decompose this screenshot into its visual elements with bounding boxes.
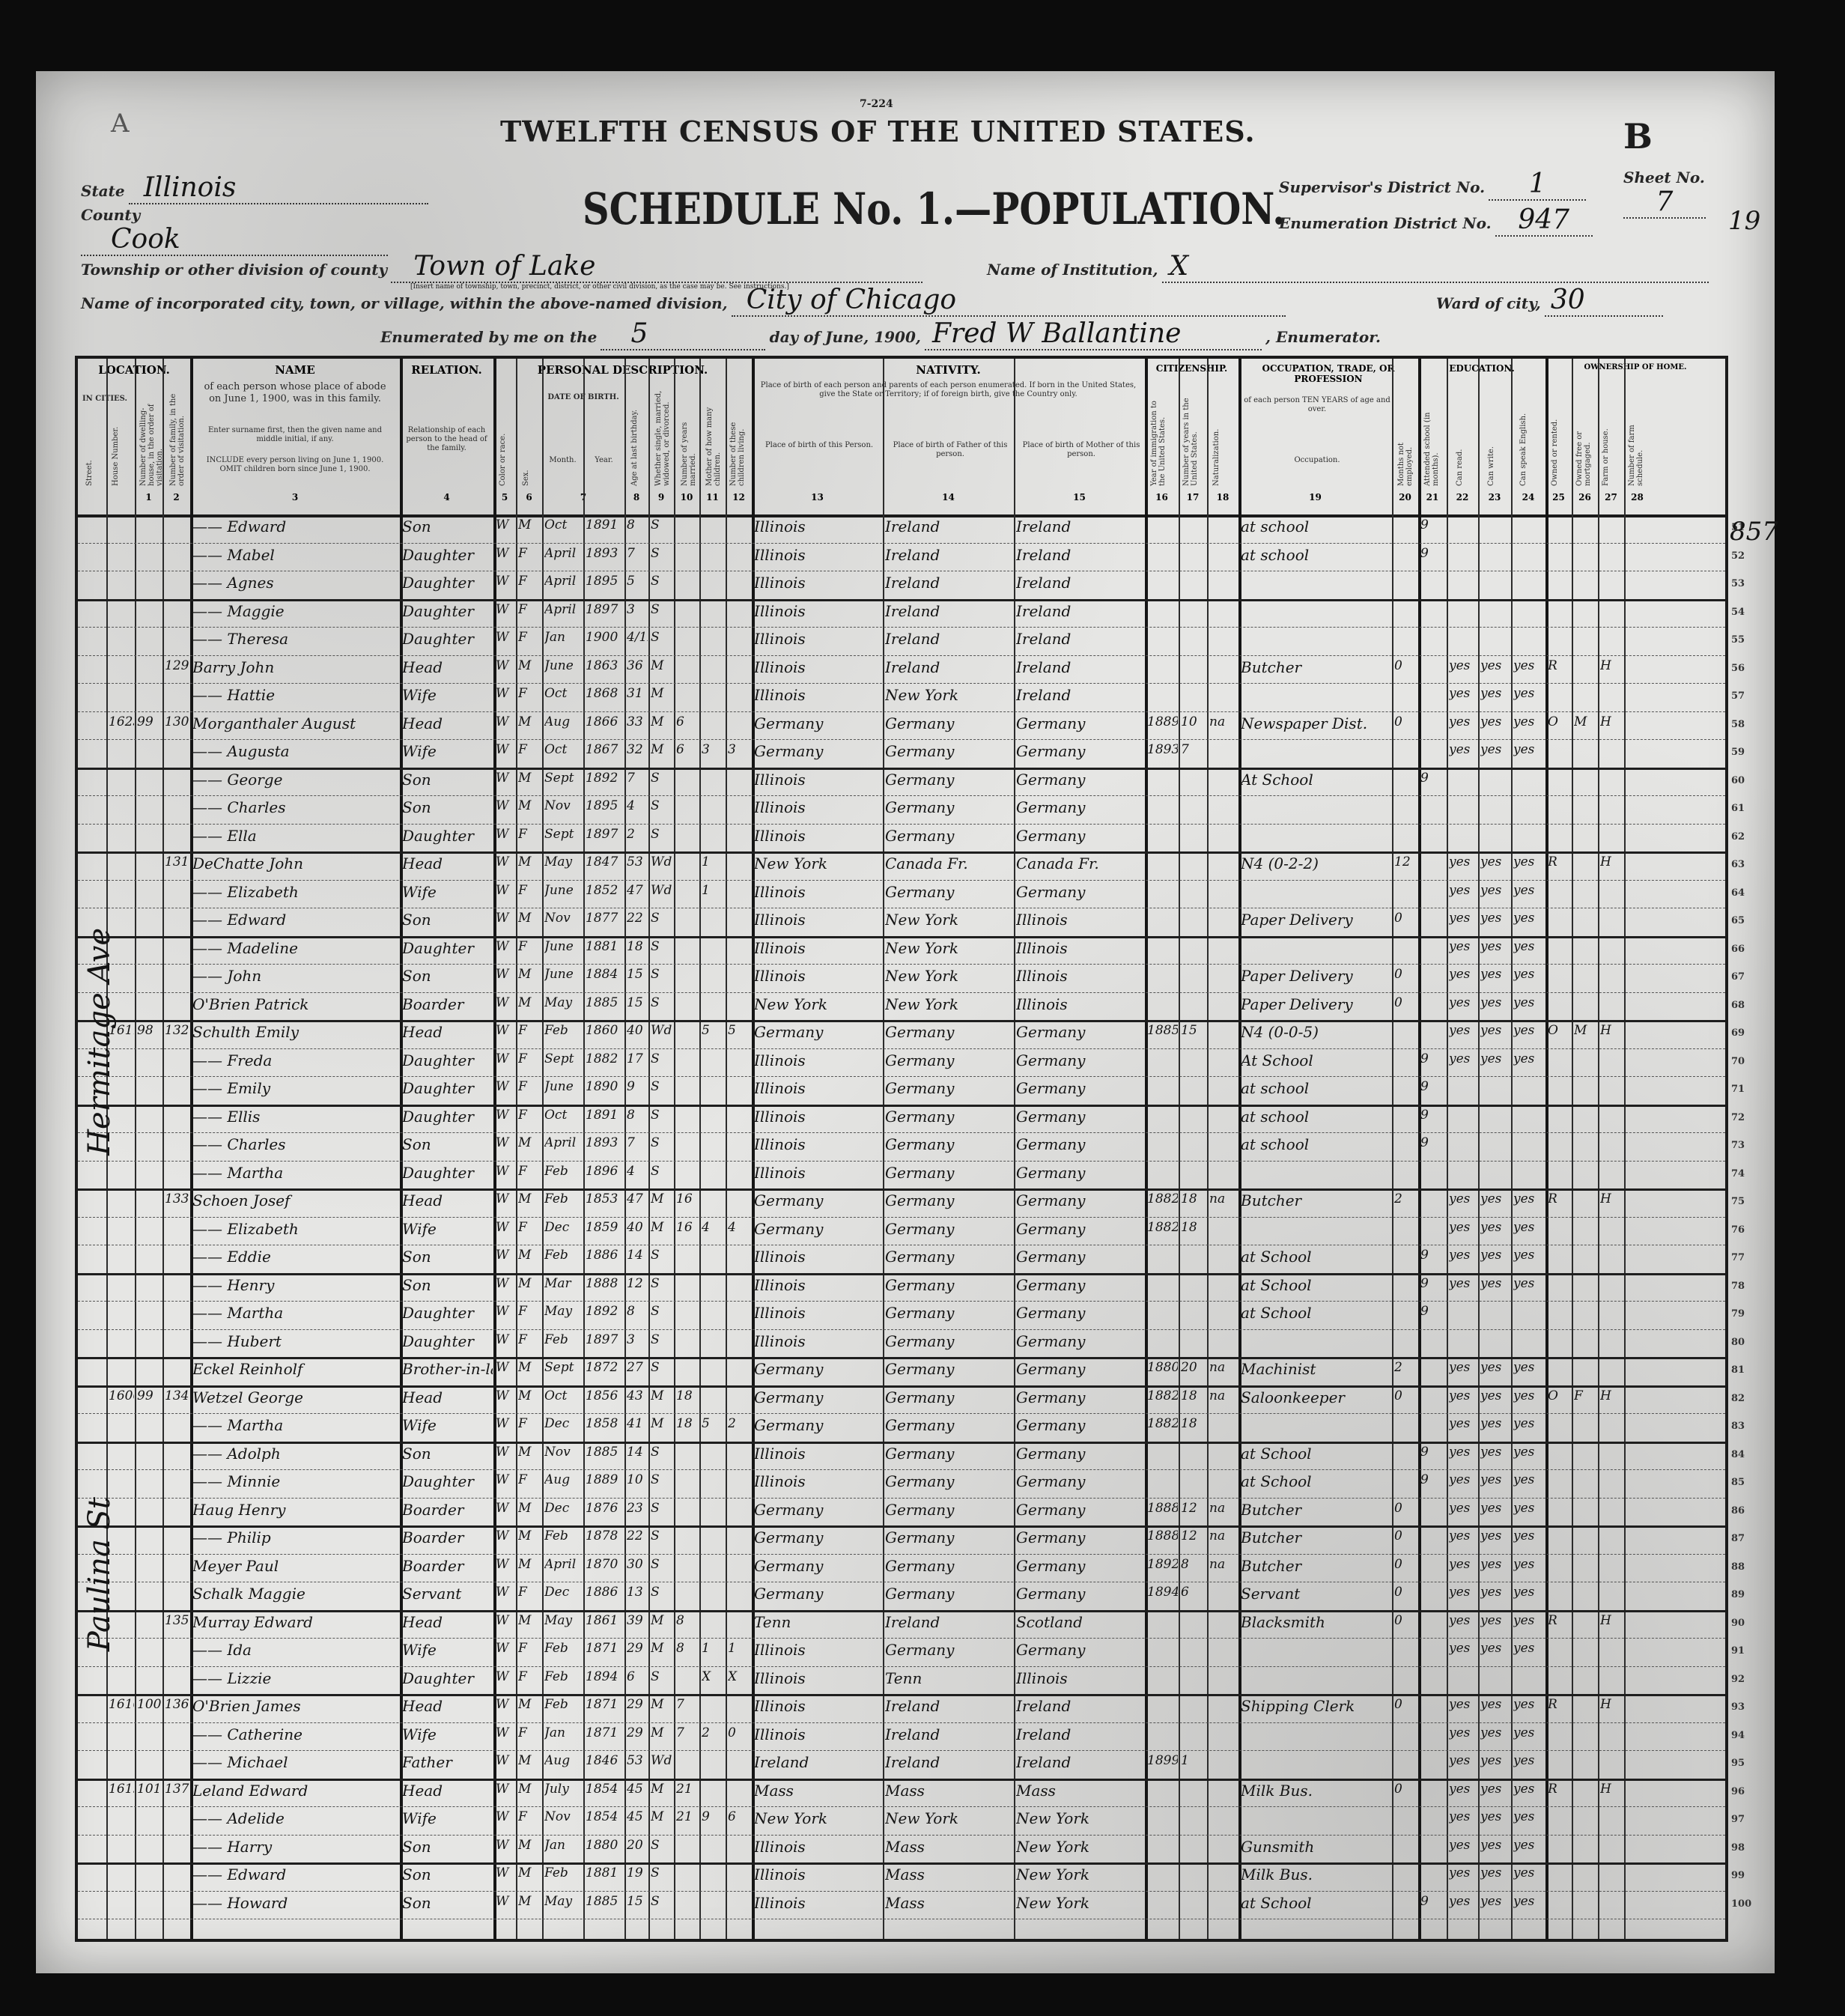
table-row: 1619101137Leland EdwardHeadWMJuly185445M… [78, 1779, 1725, 1808]
cell-write: yes [1480, 1894, 1510, 1909]
cell-month: Oct [544, 1108, 583, 1123]
table-row: —— EddieSonWMFeb188614SIllinoisGermanyGe… [78, 1245, 1725, 1275]
column-number: 2 [162, 492, 190, 503]
cell-sex: M [518, 1782, 541, 1797]
cell-year: 1886 [586, 1585, 624, 1600]
cell-month: May [544, 1894, 583, 1909]
cell-month: Feb [544, 1164, 583, 1179]
cell-color: W [496, 854, 515, 869]
column-number: 8 [624, 492, 648, 503]
cell-pobf: Germany [885, 1641, 1013, 1659]
header-house-number: House Number. [112, 422, 120, 486]
cell-unemp: 12 [1394, 854, 1417, 869]
cell-fam: 134 [165, 1388, 189, 1403]
cell-pobm: Germany [1016, 1557, 1144, 1575]
cell-ms: S [651, 798, 673, 813]
cell-ms: S [651, 939, 673, 954]
column-number: 18 [1207, 492, 1238, 503]
cell-age: 45 [627, 1782, 648, 1797]
cell-eng: yes [1513, 1894, 1545, 1909]
cell-rel: Wife [402, 686, 493, 704]
cell-pobm: Germany [1016, 1108, 1144, 1126]
cell-color: W [496, 1135, 515, 1150]
enumeration-label: Enumeration District No. [1279, 214, 1492, 232]
table-row: —— EllaDaughterWFSept18972SIllinoisGerma… [78, 824, 1725, 854]
cell-pobf: Germany [885, 742, 1013, 760]
cell-cl: 0 [728, 1725, 751, 1740]
cell-fam: 137 [165, 1782, 189, 1797]
line-number: 75 [1731, 1196, 1745, 1207]
cell-read: yes [1449, 1501, 1477, 1516]
cell-ym: 7 [676, 1697, 699, 1712]
cell-age: 3 [627, 1332, 648, 1347]
cell-month: June [544, 967, 583, 982]
cell-unemp: 0 [1394, 1613, 1417, 1628]
cell-sex: M [518, 517, 541, 532]
cell-rel: Boarder [402, 1528, 493, 1546]
cell-year: 1894 [586, 1669, 624, 1684]
cell-sex: M [518, 967, 541, 982]
cell-ms: Wd [651, 1753, 673, 1768]
cell-sex: M [518, 1501, 541, 1516]
cell-age: 23 [627, 1501, 648, 1516]
cell-imm: 1899 [1147, 1753, 1178, 1768]
cell-pobf: Germany [885, 1585, 1013, 1603]
line-number: 74 [1731, 1168, 1745, 1179]
table-row: Eckel ReinholfBrother-in-lawWMSept187227… [78, 1357, 1725, 1388]
cell-pob: Germany [754, 1388, 882, 1406]
cell-read: yes [1449, 1023, 1477, 1038]
cell-rel: Son [402, 517, 493, 535]
cell-name: —— Martha [192, 1304, 399, 1322]
cell-month: Jan [544, 1838, 583, 1853]
cell-eng: yes [1513, 1445, 1545, 1460]
cell-pob: Germany [754, 1557, 882, 1575]
cell-sex: F [518, 1164, 541, 1179]
cell-ms: M [651, 1697, 673, 1712]
line-number: 87 [1731, 1533, 1745, 1544]
cell-year: 1863 [586, 658, 624, 673]
cell-color: W [496, 1669, 515, 1684]
cell-write: yes [1480, 1248, 1510, 1263]
table-row: —— HenrySonWMMar188812SIllinoisGermanyGe… [78, 1273, 1725, 1302]
header-name-note2: INCLUDE every person living on June 1, 1… [198, 456, 392, 474]
table-row: —— GeorgeSonWMSept18927SIllinoisGermanyG… [78, 768, 1725, 797]
cell-eng: yes [1513, 854, 1545, 869]
line-number: 57 [1731, 690, 1745, 702]
cell-occ: Gunsmith [1241, 1838, 1391, 1856]
cell-read: yes [1449, 686, 1477, 701]
line-number: 99 [1731, 1870, 1745, 1881]
cell-write: yes [1480, 911, 1510, 926]
cell-unemp: 2 [1394, 1191, 1417, 1206]
cell-pobm: Germany [1016, 1135, 1144, 1153]
cell-read: yes [1449, 1753, 1477, 1768]
cell-eng: yes [1513, 1051, 1545, 1066]
cell-eng: yes [1513, 883, 1545, 898]
cell-rel: Daughter [402, 630, 493, 648]
cell-age: 22 [627, 1528, 648, 1543]
cell-nat: na [1209, 1360, 1238, 1375]
header-years-in-us: Number of years in the United States. [1182, 389, 1199, 486]
cell-rel: Daughter [402, 1304, 493, 1322]
cell-rel: Son [402, 1865, 493, 1883]
cell-write: yes [1480, 1501, 1510, 1516]
cell-sex: M [518, 771, 541, 786]
cell-sex: F [518, 1641, 541, 1656]
cell-sex: F [518, 1220, 541, 1235]
column-number: 24 [1511, 492, 1545, 503]
cell-name: —— Augusta [192, 742, 399, 760]
schedule-title: SCHEDULE No. 1.—POPULATION. [583, 183, 1285, 234]
cell-sex: M [518, 854, 541, 869]
cell-year: 1895 [586, 798, 624, 813]
cell-pobf: Tenn [885, 1669, 1013, 1687]
line-number: 98 [1731, 1842, 1745, 1853]
cell-pobm: New York [1016, 1894, 1144, 1912]
cell-color: W [496, 1585, 515, 1600]
cell-sex: M [518, 1528, 541, 1543]
cell-month: Dec [544, 1416, 583, 1431]
cell-sex: F [518, 602, 541, 617]
cell-age: 17 [627, 1051, 648, 1066]
cell-write: yes [1480, 939, 1510, 954]
cell-year: 1892 [586, 1304, 624, 1319]
cell-eng: yes [1513, 995, 1545, 1010]
cell-pobm: Germany [1016, 1528, 1144, 1546]
cell-ms: S [651, 1164, 673, 1179]
cell-pobm: Illinois [1016, 911, 1144, 929]
header-marital: Whether single, married, widowed, or div… [654, 389, 671, 486]
table-row: —— HattieWifeWFOct186831MIllinoisNew Yor… [78, 683, 1725, 712]
cell-month: Feb [544, 1191, 583, 1206]
cell-pob: Illinois [754, 1135, 882, 1153]
cell-read: yes [1449, 1809, 1477, 1824]
cell-occ: at School [1241, 1445, 1391, 1463]
cell-rel: Wife [402, 883, 493, 901]
cell-sex: M [518, 1838, 541, 1853]
cell-age: 10 [627, 1472, 648, 1487]
cell-read: yes [1449, 1220, 1477, 1235]
cell-sex: M [518, 1191, 541, 1206]
cell-pobm: Germany [1016, 742, 1144, 760]
cell-sex: M [518, 1753, 541, 1768]
column-number: 15 [1014, 492, 1145, 503]
cell-eng: yes [1513, 1838, 1545, 1853]
cell-ms: S [651, 1865, 673, 1880]
cell-month: June [544, 1079, 583, 1094]
cell-name: —— Freda [192, 1051, 399, 1069]
cell-ms: M [651, 1388, 673, 1403]
header-month: Month. [542, 456, 583, 465]
cell-fam: 130 [165, 714, 189, 729]
cell-rel: Wife [402, 742, 493, 760]
cell-rel: Daughter [402, 1079, 493, 1097]
cell-name: —— Howard [192, 1894, 399, 1912]
cell-age: 47 [627, 1191, 648, 1206]
cell-dw: 101 [137, 1782, 162, 1797]
cell-month: May [544, 854, 583, 869]
cell-nat: na [1209, 1501, 1238, 1516]
header-relation: RELATION. [400, 363, 493, 377]
line-number: 86 [1731, 1505, 1745, 1516]
cell-unemp: 0 [1394, 1501, 1417, 1516]
header-years-married: Number of years married. [681, 389, 697, 486]
cell-read: yes [1449, 854, 1477, 869]
cell-pobm: Ireland [1016, 658, 1144, 676]
cell-eng: yes [1513, 686, 1545, 701]
cell-pob: Illinois [754, 939, 882, 957]
ward-field: Ward of city, 30 [1436, 285, 1663, 317]
cell-write: yes [1480, 1838, 1510, 1853]
column-number: 13 [752, 492, 883, 503]
table-row: —— LizzieDaughterWFFeb18946SXXIllinoisTe… [78, 1666, 1725, 1697]
table-row: —— CharlesSonWMApril18937SIllinoisGerman… [78, 1132, 1725, 1162]
cell-write: yes [1480, 1697, 1510, 1712]
cell-pob: Illinois [754, 1894, 882, 1912]
cell-color: W [496, 1079, 515, 1094]
cell-read: yes [1449, 1782, 1477, 1797]
cell-color: W [496, 1472, 515, 1487]
cell-sch: 9 [1420, 1894, 1446, 1909]
header-mother-of: Mother of how many children. [705, 389, 722, 486]
cell-own: O [1548, 1023, 1571, 1038]
cell-name: —— John [192, 967, 399, 985]
cell-occ: At School [1241, 1051, 1391, 1069]
cell-age: 45 [627, 1809, 648, 1824]
column-number: 3 [190, 492, 400, 503]
cell-age: 14 [627, 1248, 648, 1263]
header-dwelling: Number of dwelling-house, in the order o… [139, 389, 164, 486]
cell-month: Jan [544, 630, 583, 645]
cell-mc: 4 [702, 1220, 725, 1235]
cell-occ: Saloonkeeper [1241, 1388, 1391, 1406]
cell-unemp: 0 [1394, 967, 1417, 982]
cell-month: Sept [544, 771, 583, 786]
cell-pob: Illinois [754, 1304, 882, 1322]
cell-pobm: Illinois [1016, 1669, 1144, 1687]
line-number: 91 [1731, 1645, 1745, 1657]
cell-eng: yes [1513, 1697, 1545, 1712]
line-number: 92 [1731, 1674, 1745, 1685]
cell-age: 27 [627, 1360, 648, 1375]
line-number: 72 [1731, 1112, 1745, 1123]
cell-color: W [496, 1051, 515, 1066]
header-farm-schedule: Number of farm schedule. [1628, 389, 1644, 486]
cell-pobm: Germany [1016, 1023, 1144, 1041]
cell-year: 1871 [586, 1697, 624, 1712]
cell-sch: 9 [1420, 1248, 1446, 1263]
cell-color: W [496, 1725, 515, 1740]
table-row: —— PhilipBoarderWMFeb187822SGermanyGerma… [78, 1525, 1725, 1555]
cell-name: —— Catherine [192, 1725, 399, 1743]
cell-occ: at school [1241, 517, 1391, 535]
cell-age: 29 [627, 1641, 648, 1656]
institution-value: X [1162, 251, 1709, 283]
cell-name: O'Brien James [192, 1697, 399, 1715]
cell-pobf: Ireland [885, 602, 1013, 620]
cell-rel: Wife [402, 1641, 493, 1659]
cell-month: May [544, 1304, 583, 1319]
cell-write: yes [1480, 1360, 1510, 1375]
table-row: —— HowardSonWMMay188515SIllinoisMassNew … [78, 1891, 1725, 1920]
column-number: 6 [516, 492, 542, 503]
cell-read: yes [1449, 742, 1477, 757]
cell-nat: na [1209, 1528, 1238, 1543]
cell-year: 1859 [586, 1220, 624, 1235]
enumeration-value: 947 [1495, 204, 1593, 237]
cell-pobf: Germany [885, 1051, 1013, 1069]
cell-mc: X [702, 1669, 725, 1684]
cell-age: 53 [627, 1753, 648, 1768]
cell-pobf: Germany [885, 1332, 1013, 1350]
cell-fh: H [1600, 1697, 1623, 1712]
line-number: 66 [1731, 944, 1745, 955]
header-in-cities: IN CITIES. [78, 395, 132, 404]
cell-pobm: Germany [1016, 1360, 1144, 1378]
cell-pob: Illinois [754, 967, 882, 985]
cell-ms: S [651, 1276, 673, 1291]
cell-ms: S [651, 827, 673, 842]
line-number: 80 [1731, 1337, 1745, 1348]
cell-occ: Butcher [1241, 1191, 1391, 1209]
cell-cl: X [728, 1669, 751, 1684]
cell-pobm: Ireland [1016, 1725, 1144, 1743]
header-pob-father: Place of birth of Father of this person. [887, 441, 1014, 459]
column-number: 22 [1447, 492, 1478, 503]
enumeration-district-field: Enumeration District No. 947 [1279, 204, 1593, 237]
cell-rel: Boarder [402, 1501, 493, 1519]
cell-write: yes [1480, 1051, 1510, 1066]
cell-pobm: Germany [1016, 1332, 1144, 1350]
cell-year: 1891 [586, 517, 624, 532]
cell-year: 1860 [586, 1023, 624, 1038]
cell-unemp: 0 [1394, 1585, 1417, 1600]
cell-color: W [496, 546, 515, 561]
cell-pob: Illinois [754, 1865, 882, 1883]
cell-eng: yes [1513, 967, 1545, 982]
cell-pobf: Germany [885, 1164, 1013, 1182]
cell-year: 1872 [586, 1360, 624, 1375]
cell-name: —— Adolph [192, 1445, 399, 1463]
cell-imm: 1880 [1147, 1360, 1178, 1375]
cell-ms: M [651, 1191, 673, 1206]
table-row: —— ElizabethWifeWFJune185247Wd1IllinoisG… [78, 880, 1725, 909]
cell-name: —— Hattie [192, 686, 399, 704]
cell-month: May [544, 995, 583, 1010]
cell-read: yes [1449, 1725, 1477, 1740]
cell-color: W [496, 883, 515, 898]
cell-age: 18 [627, 939, 648, 954]
cell-rel: Daughter [402, 1164, 493, 1182]
cell-pobm: Illinois [1016, 967, 1144, 985]
header-pob-person: Place of birth of this Person. [756, 441, 883, 450]
cell-age: 2 [627, 827, 648, 842]
cell-color: W [496, 574, 515, 589]
cell-year: 1876 [586, 1501, 624, 1516]
cell-name: —— Minnie [192, 1472, 399, 1490]
cell-age: 19 [627, 1865, 648, 1880]
county-field: County Cook [81, 206, 440, 256]
cell-pob: Illinois [754, 658, 882, 676]
cell-eng: yes [1513, 1501, 1545, 1516]
cell-ms: M [651, 1725, 673, 1740]
cell-age: 6 [627, 1669, 648, 1684]
cell-ms: S [651, 630, 673, 645]
cell-read: yes [1449, 1697, 1477, 1712]
cell-pobf: New York [885, 686, 1013, 704]
cell-rel: Head [402, 714, 493, 732]
cell-rel: Head [402, 1613, 493, 1631]
cell-ms: S [651, 1248, 673, 1263]
cell-ms: S [651, 1585, 673, 1600]
column-number: 14 [883, 492, 1014, 503]
cell-occ: At School [1241, 771, 1391, 789]
cell-fm: M [1574, 714, 1597, 729]
cell-read: yes [1449, 995, 1477, 1010]
cell-name: Leland Edward [192, 1782, 399, 1800]
cell-name: Morganthaler August [192, 714, 399, 732]
cell-ms: M [651, 686, 673, 701]
cell-sex: F [518, 1669, 541, 1684]
cell-month: Oct [544, 517, 583, 532]
cell-color: W [496, 742, 515, 757]
cell-pobm: Illinois [1016, 995, 1144, 1013]
cell-pobf: Ireland [885, 1753, 1013, 1771]
cell-year: 1896 [586, 1164, 624, 1179]
cell-write: yes [1480, 1641, 1510, 1656]
header-name-desc: of each person whose place of abode on J… [198, 381, 392, 405]
cell-month: Feb [544, 1528, 583, 1543]
cell-pob: Germany [754, 1501, 882, 1519]
cell-pobf: Germany [885, 1276, 1013, 1294]
cell-pobf: Canada Fr. [885, 854, 1013, 872]
cell-name: —— George [192, 771, 399, 789]
cell-eng: yes [1513, 1528, 1545, 1543]
table-row: 133Schoen JosefHeadWMFeb185347M16Germany… [78, 1188, 1725, 1218]
cell-month: June [544, 939, 583, 954]
cell-color: W [496, 714, 515, 729]
cell-pobm: Germany [1016, 1304, 1144, 1322]
cell-read: yes [1449, 1557, 1477, 1572]
cell-year: 1852 [586, 883, 624, 898]
cell-year: 1900 [586, 630, 624, 645]
cell-name: —— Ella [192, 827, 399, 845]
cell-ms: S [651, 1669, 673, 1684]
table-row: 160699134Wetzel GeorgeHeadWMOct185643M18… [78, 1385, 1725, 1415]
header-occupation-sub: Occupation. [1242, 456, 1392, 465]
cell-imm: 1882 [1147, 1388, 1178, 1403]
cell-color: W [496, 1108, 515, 1123]
cell-rel: Daughter [402, 1332, 493, 1350]
cell-age: 4 [627, 798, 648, 813]
table-row: —— MarthaWifeWFDec185841M1852GermanyGerm… [78, 1413, 1725, 1444]
cell-sch: 9 [1420, 1445, 1446, 1460]
cell-age: 7 [627, 1135, 648, 1150]
cell-pobf: Germany [885, 1135, 1013, 1153]
cell-name: Meyer Paul [192, 1557, 399, 1575]
cell-age: 29 [627, 1697, 648, 1712]
cell-month: Aug [544, 1472, 583, 1487]
cell-sch: 9 [1420, 1051, 1446, 1066]
table-row: 129Barry JohnHeadWMJune186336MIllinoisIr… [78, 655, 1725, 684]
cell-name: —— Maggie [192, 602, 399, 620]
line-number: 90 [1731, 1618, 1745, 1629]
cell-color: W [496, 1809, 515, 1824]
cell-fam: 132 [165, 1023, 189, 1038]
cell-rel: Son [402, 798, 493, 816]
cell-sex: F [518, 686, 541, 701]
